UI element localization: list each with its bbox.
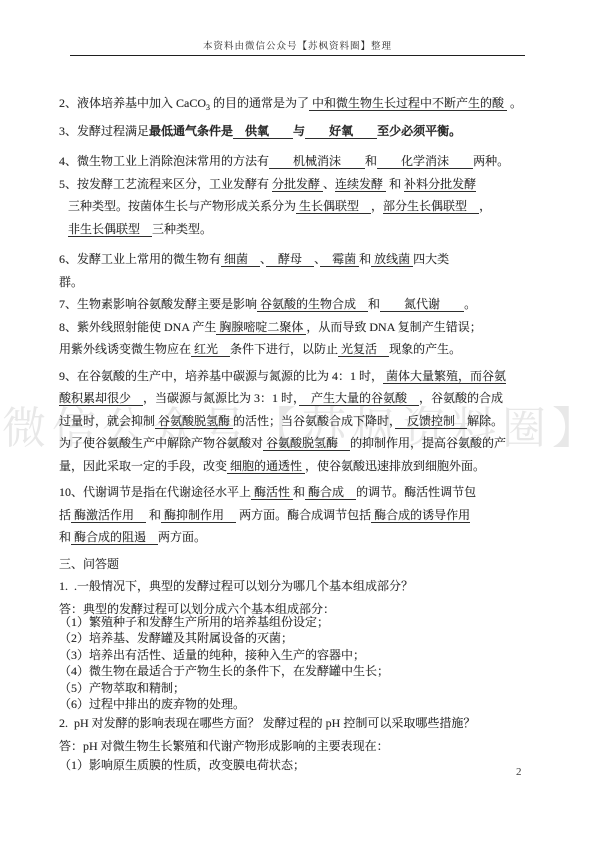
text-segment: 量，因此采取一定的手段，改变: [59, 459, 227, 473]
text-segment: 。: [464, 297, 476, 311]
text-segment: 现象的产生。: [389, 342, 461, 356]
text-segment: （1）影响原生质膜的性质，改变膜电荷状态；: [59, 758, 305, 772]
text-segment: ，谷氨酸的合成: [419, 391, 503, 405]
text-segment: 至少必须平衡。: [377, 124, 461, 138]
question-5-line-2: 三种类型。按菌体生长与产物形成关系分为 生长偶联型 ，部分生长偶联型 ，: [59, 195, 541, 218]
text-segment: 的抑制作用，提高谷氨酸的产: [350, 436, 506, 450]
text-segment: ，当碳源与氮源比为 3：1 时，: [143, 391, 299, 405]
qa1-answer-item-6: （6）过程中排出的废弃物的处理。: [59, 696, 541, 712]
text-segment: 四大类: [413, 252, 449, 266]
blank-answer: 生长偶联型: [296, 199, 371, 214]
question-9-line-3: 过量时，就会抑制 谷氨酸脱氢酶 的活性；当谷氨酸合成下降时， 反馈控制 解除。: [59, 410, 541, 433]
blank-answer: 红光: [191, 342, 230, 357]
header-rule: [70, 55, 525, 56]
blank-answer: 反馈控制: [395, 414, 467, 429]
text-segment: （1）繁殖种子和发酵生产所用的培养基组份设定；: [59, 615, 329, 629]
question-9-line-4: 为了使谷氨酸生产中解除产物谷氨酸对 谷氨酸脱氢酶 的抑制作用，提高谷氨酸的产: [59, 432, 541, 455]
blank-answer: 酸积累却很少: [59, 391, 143, 406]
blank-answer: 产生大量的谷氨酸: [299, 391, 419, 406]
text-segment: 、: [323, 177, 335, 191]
qa1-answer-item-3: （3）培养出有活性、适量的纯种，接种入生产的容器中；: [59, 647, 541, 663]
blank-answer: 连续发酵: [335, 177, 386, 192]
text-segment: 解除。: [467, 414, 503, 428]
blank-answer: 菌体大量繁殖，而谷氨: [383, 369, 506, 384]
text-segment: 的活性；当谷氨酸合成下降时，: [233, 414, 395, 428]
text-segment: （6）过程中排出的废弃物的处理。: [59, 697, 245, 711]
document-page: 本资料由微信公众号【苏枫资料圈】整理 微信公众号【苏枫资料圈】 2、液体培养基中…: [0, 0, 595, 841]
text-segment: 和: [368, 297, 380, 311]
section-3-heading: 三、问答题: [59, 553, 541, 576]
text-segment: ，: [371, 199, 383, 213]
text-segment: 与: [293, 124, 305, 138]
blank-answer: 酶合成的阻遏: [71, 530, 158, 545]
blank-answer: 氮代谢: [380, 297, 464, 312]
text-segment: 2、液体培养基中加入 CaCO: [59, 96, 206, 110]
question-4: 4、微生物工业上消除泡沫常用的方法有 机械消沫 和 化学消沫 两种。: [59, 150, 541, 173]
text-segment: 和: [293, 485, 305, 499]
text-segment: 7、生物素影响谷氨酸发酵主要是影响: [59, 297, 257, 311]
text-segment: 和: [59, 530, 71, 544]
page-number: 2: [516, 766, 522, 778]
text-segment: 2. pH 对发酵的影响表现在哪些方面？ 发酵过程的 pH 控制可以采取哪些措施…: [59, 716, 475, 730]
blank-answer: 酶抑制作用: [161, 508, 236, 523]
text-segment: 的调节。酶活性调节包: [356, 485, 476, 499]
text-segment: 三种类型。: [152, 222, 212, 236]
blank-answer: 谷氨酸脱氢酶: [263, 436, 350, 451]
text-segment: 三、问答题: [59, 557, 119, 571]
blank-answer: 补料分批发酵: [404, 177, 476, 192]
blank-answer: 供氧: [233, 124, 293, 139]
text-segment: 的目的通常是为了: [210, 96, 309, 110]
text-segment: 过量时，就会抑制: [59, 414, 155, 428]
blank-answer: 机械消沫: [269, 154, 365, 169]
question-5-line-1: 5、按发酵工艺流程来区分，工业发酵有 分批发酵 、连续发酵 和 补料分批发酵: [59, 173, 541, 196]
qa2-answer-item-1: （1）影响原生质膜的性质，改变膜电荷状态；: [59, 757, 541, 773]
qa1-answer-item-2: （2）培养基、发酵罐及其附属设备的灭菌；: [59, 630, 541, 646]
text-segment: 条件下进行，以防止: [230, 342, 338, 356]
blank-answer: 谷氨酸的生物合成: [257, 297, 368, 312]
text-segment: 10、代谢调节是指在代谢途径水平上: [59, 485, 251, 499]
text-segment: 两种。: [473, 154, 509, 168]
text-segment: 6、发酵工业上常用的微生物有: [59, 252, 221, 266]
text-segment: 和: [359, 252, 371, 266]
qa1-answer-item-1: （1）繁殖种子和发酵生产所用的培养基组份设定；: [59, 614, 541, 630]
document-body: 2、液体培养基中加入 CaCO3 的目的通常是为了 中和微生物生长过程中不断产生…: [59, 92, 541, 774]
blank-answer: 化学消沫: [377, 154, 473, 169]
question-10-line-2: 括 酶激活作用 和 酶抑制作用 两方面。酶合成调节包括 酶合成的诱导作用: [59, 504, 541, 527]
text-segment: （2）培养基、发酵罐及其附属设备的灭菌；: [59, 631, 293, 645]
text-segment: 4、微生物工业上消除泡沫常用的方法有: [59, 154, 269, 168]
blank-answer: 光复活: [338, 342, 389, 357]
text-segment: ，: [479, 199, 491, 213]
text-segment: 两方面。酶合成调节包括: [236, 508, 371, 522]
blank-answer: 霉菌: [320, 252, 359, 267]
text-segment: 5、按发酵工艺流程来区分，工业发酵有: [59, 177, 272, 191]
blank-answer: 酵母: [266, 252, 314, 267]
text-segment: 和: [386, 177, 404, 191]
text-segment: （5）产物萃取和精制；: [59, 681, 185, 695]
blank-answer: 非生长偶联型: [68, 222, 152, 237]
question-6-line-1: 6、发酵工业上常用的微生物有 细菌 、 酵母 、 霉菌 和 放线菌 四大类: [59, 248, 541, 271]
text-segment: 和: [146, 508, 161, 522]
page-header-title: 本资料由微信公众号【苏枫资料圈】整理: [0, 38, 595, 52]
blank-answer: 胸腺嘧啶二聚体: [216, 320, 306, 335]
text-segment: 用紫外线诱变微生物应在: [59, 342, 191, 356]
question-5-line-3: 非生长偶联型 三种类型。: [59, 218, 541, 241]
qa2-answer-intro: 答：pH 对微生物生长繁殖和代谢产物形成影响的主要表现在：: [59, 735, 541, 758]
blank-answer: 放线菌: [371, 252, 413, 267]
question-9-line-5: 量，因此采取一定的手段，改变 细胞的通透性 ，使谷氨酸迅速排放到细胞外面。: [59, 455, 541, 478]
blank-answer: 谷氨酸脱氢酶: [155, 414, 233, 429]
text-segment: 和: [365, 154, 377, 168]
question-3: 3、发酵过程满足最低通气条件是 供氧 与 好氧 至少必须平衡。: [59, 120, 541, 143]
blank-answer: 细菌: [221, 252, 260, 267]
question-2: 2、液体培养基中加入 CaCO3 的目的通常是为了 中和微生物生长过程中不断产生…: [59, 92, 541, 120]
blank-answer: 好氧: [305, 124, 377, 139]
text-segment: 。: [507, 96, 522, 110]
text-segment: ，从而导致 DNA 复制产生错误；: [306, 320, 481, 334]
blank-answer: 分批发酵: [272, 177, 323, 192]
text-segment: （3）培养出有活性、适量的纯种，接种入生产的容器中；: [59, 648, 365, 662]
question-9-line-2: 酸积累却很少 ，当碳源与氮源比为 3：1 时， 产生大量的谷氨酸 ，谷氨酸的合成: [59, 387, 541, 410]
text-segment: 9、在谷氨酸的生产中，培养基中碳源与氮源的比为 4：1 时，: [59, 369, 383, 383]
blank-answer: 酶合成: [305, 485, 356, 500]
blank-answer: 部分生长偶联型: [383, 199, 479, 214]
text-segment: ，使谷氨酸迅速排放到细胞外面。: [305, 459, 485, 473]
question-7: 7、生物素影响谷氨酸发酵主要是影响 谷氨酸的生物合成 和 氮代谢 。: [59, 293, 541, 316]
text-segment: 群。: [59, 275, 83, 289]
text-segment: 三种类型。按菌体生长与产物形成关系分为: [68, 199, 296, 213]
text-segment: （4）微生物在最适合于产物生长的条件下，在发酵罐中生长；: [59, 664, 389, 678]
blank-answer: 细胞的通透性: [227, 459, 305, 474]
blank-answer: 酶激活作用: [71, 508, 146, 523]
blank-answer: 酶合成的诱导作用: [371, 508, 470, 523]
question-10-line-3: 和 酶合成的阻遏 两方面。: [59, 526, 541, 549]
qa1-question: 1. .一般情况下，典型的发酵过程可以划分为哪几个基本组成部分？: [59, 575, 541, 598]
qa1-answer-item-5: （5）产物萃取和精制；: [59, 680, 541, 696]
text-segment: 1. .一般情况下，典型的发酵过程可以划分为哪几个基本组成部分？: [59, 579, 413, 593]
text-segment: 括: [59, 508, 71, 522]
text-segment: 3、发酵过程满足: [59, 124, 149, 138]
question-10-line-1: 10、代谢调节是指在代谢途径水平上 酶活性 和 酶合成 的调节。酶活性调节包: [59, 481, 541, 504]
question-8-line-2: 用紫外线诱变微生物应在 红光 条件下进行，以防止 光复活 现象的产生。: [59, 338, 541, 361]
text-segment: 为了使谷氨酸生产中解除产物谷氨酸对: [59, 436, 263, 450]
text-segment: 答：pH 对微生物生长繁殖和代谢产物形成影响的主要表现在：: [59, 739, 389, 753]
text-segment: 最低通气条件是: [149, 124, 233, 138]
text-segment: 8、紫外线照射能使 DNA 产生: [59, 320, 216, 334]
question-8-line-1: 8、紫外线照射能使 DNA 产生 胸腺嘧啶二聚体 ，从而导致 DNA 复制产生错…: [59, 316, 541, 339]
blank-answer: 酶活性: [251, 485, 293, 500]
blank-answer: 中和微生物生长过程中不断产生的酸: [309, 96, 507, 111]
text-segment: 两方面。: [158, 530, 206, 544]
question-9-line-1: 9、在谷氨酸的生产中，培养基中碳源与氮源的比为 4：1 时， 菌体大量繁殖，而谷…: [59, 365, 541, 388]
qa2-question: 2. pH 对发酵的影响表现在哪些方面？ 发酵过程的 pH 控制可以采取哪些措施…: [59, 712, 541, 735]
question-6-line-2: 群。: [59, 271, 541, 294]
qa1-answer-item-4: （4）微生物在最适合于产物生长的条件下，在发酵罐中生长；: [59, 663, 541, 679]
